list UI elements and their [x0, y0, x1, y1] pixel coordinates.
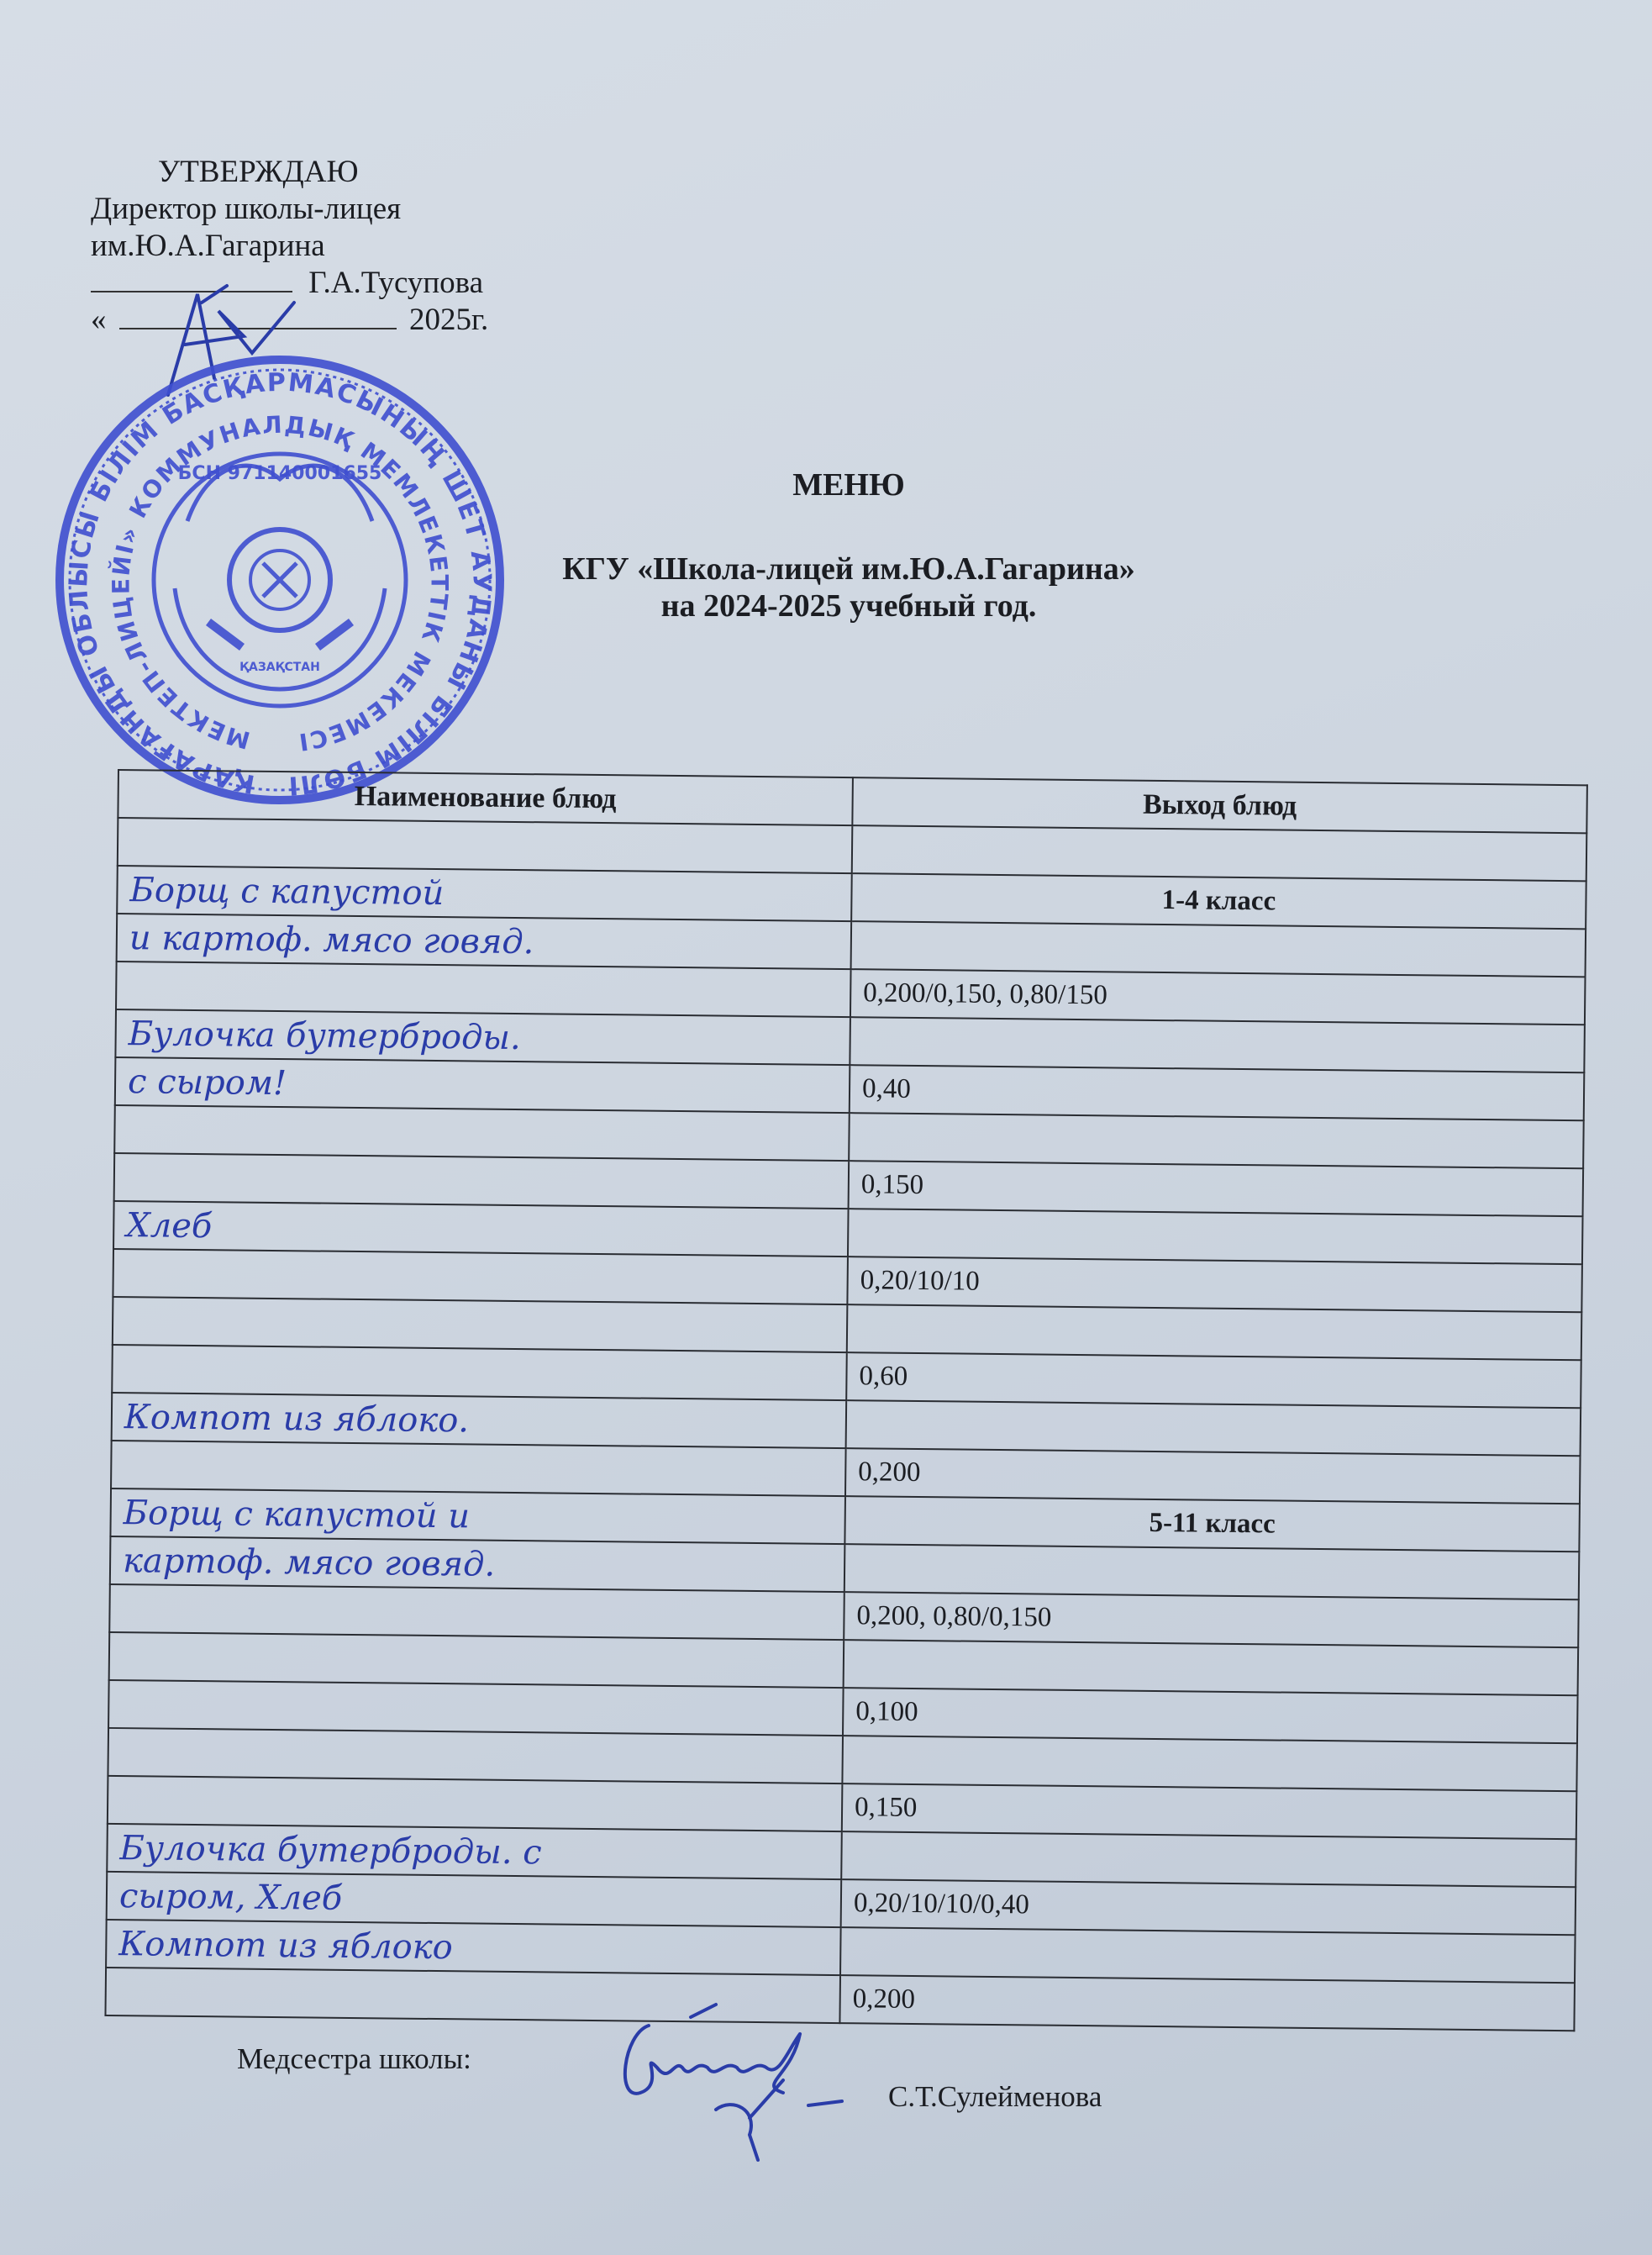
svg-text:БСН 971140001655: БСН 971140001655: [178, 463, 382, 484]
dish-name-cell: Хлеб: [113, 1201, 849, 1257]
dish-name-cell: Булочка бутерброды.: [115, 1009, 850, 1065]
portion-cell: 0,200: [839, 1975, 1575, 2031]
portion-cell: [844, 1640, 1579, 1695]
dish-name-cell: [111, 1441, 846, 1496]
dish-name-cell: сыром, Хлеб: [107, 1872, 842, 1927]
portion-cell: [849, 1113, 1584, 1168]
nurse-signature-icon: [590, 2000, 909, 2168]
dish-name-cell: и картоф. мясо говяд.: [117, 914, 852, 969]
header-portion: Выход блюд: [852, 777, 1587, 833]
dish-name-cell: Компот из яблоко.: [112, 1393, 847, 1448]
footer: Медсестра школы: С.Т.Сулейменова: [237, 2042, 471, 2076]
portion-cell: [851, 921, 1586, 977]
portion-cell: [844, 1544, 1580, 1599]
dish-name-cell: Борщ с капустой: [117, 866, 852, 921]
approval-school: им.Ю.А.Гагарина: [91, 228, 488, 265]
dish-name-cell: [109, 1632, 844, 1688]
approval-position: Директор школы-лицея: [91, 191, 488, 228]
dish-name-cell: картоф. мясо говяд.: [110, 1536, 845, 1592]
dish-name-cell: Компот из яблоко: [106, 1920, 841, 1975]
dish-name-cell: [118, 818, 853, 873]
date-prefix: «: [91, 303, 107, 337]
dish-name-cell: Борщ с капустой и: [110, 1488, 845, 1544]
portion-cell: 0,20/10/10/0,40: [841, 1879, 1576, 1935]
dish-name-cell: [109, 1584, 844, 1640]
dish-name-cell: [113, 1249, 848, 1304]
portion-cell: [846, 1400, 1581, 1456]
dish-name-cell: Булочка бутерброды. с: [107, 1824, 842, 1879]
document-title: МЕНЮ КГУ «Школа-лицей им.Ю.А.Гагарина» н…: [471, 466, 1227, 624]
dish-name-cell: [114, 1105, 850, 1161]
portion-cell: [850, 1017, 1585, 1072]
portion-cell: [852, 825, 1587, 881]
portion-cell: [847, 1304, 1582, 1360]
dish-name-cell: с сыром!: [115, 1057, 850, 1113]
dish-name-cell: [108, 1680, 844, 1736]
menu-table-container: Наименование блюд Выход блюд Борщ с капу…: [105, 769, 1588, 1999]
dish-name-cell: [112, 1345, 847, 1400]
menu-table: Наименование блюд Выход блюд Борщ с капу…: [104, 769, 1587, 2031]
director-name: Г.А.Тусупова: [308, 266, 483, 300]
header-dish-name: Наименование блюд: [118, 770, 853, 825]
dish-name-cell: [108, 1776, 843, 1831]
dish-name-cell: [113, 1297, 848, 1352]
nurse-name: С.Т.Сулейменова: [888, 2080, 1102, 2114]
portion-cell: 0,100: [843, 1688, 1578, 1743]
portion-cell: 0,150: [842, 1783, 1577, 1839]
portion-cell: [840, 1927, 1576, 1983]
portion-cell: 0,20/10/10: [847, 1257, 1582, 1312]
portion-cell: 0,200, 0,80/0,150: [844, 1592, 1579, 1647]
portion-cell: 0,60: [846, 1352, 1581, 1408]
portion-cell: 0,40: [850, 1065, 1585, 1120]
class-group-cell: 1-4 класс: [851, 873, 1586, 929]
approval-heading: УТВЕРЖДАЮ: [91, 154, 488, 191]
menu-title: МЕНЮ: [471, 466, 1227, 503]
portion-cell: [842, 1736, 1577, 1791]
portion-cell: [848, 1209, 1583, 1264]
dish-name-cell: [108, 1728, 843, 1783]
academic-year: на 2024-2025 учебный год.: [471, 587, 1227, 624]
dish-name-cell: [116, 962, 851, 1017]
nurse-label: Медсестра школы:: [237, 2042, 471, 2075]
class-group-cell: 5-11 класс: [844, 1496, 1580, 1552]
portion-cell: 0,200/0,150, 0,80/150: [850, 969, 1586, 1025]
official-stamp-icon: ҚАРАҒАНДЫ ОБЛЫСЫ БІЛІМ БАСҚАРМАСЫНЫҢ ШЕТ…: [40, 353, 519, 807]
date-year: 2025г.: [409, 303, 488, 337]
portion-cell: 0,150: [849, 1161, 1584, 1216]
svg-text:ҚАЗАҚСТАН: ҚАЗАҚСТАН: [239, 661, 320, 674]
portion-cell: [841, 1831, 1576, 1887]
organization-title: КГУ «Школа-лицей им.Ю.А.Гагарина»: [471, 551, 1227, 587]
dish-name-cell: [114, 1153, 850, 1209]
portion-cell: 0,200: [845, 1448, 1581, 1504]
